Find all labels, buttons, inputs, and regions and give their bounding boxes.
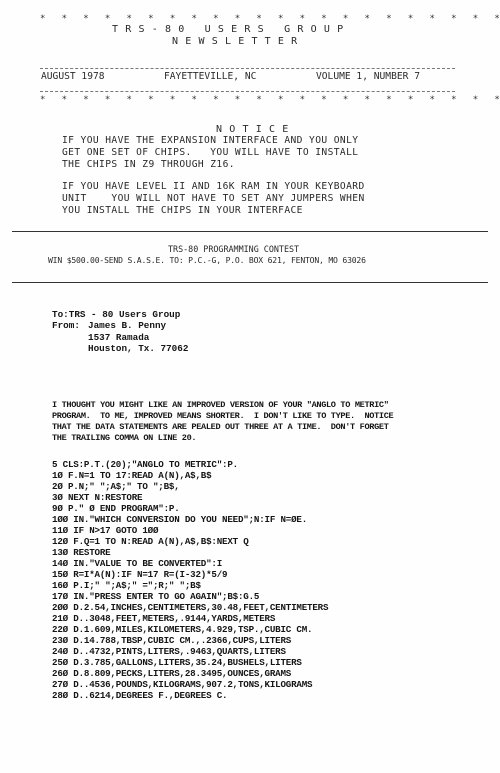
horizontal-rule	[12, 231, 488, 232]
letter-address-city: Houston, Tx. 77062	[88, 343, 188, 354]
horizontal-rule	[12, 282, 488, 283]
contest-details: WIN $500.00-SEND S.A.S.E. TO: P.C.-G, P.…	[48, 255, 366, 265]
issue-date: AUGUST 1978	[41, 71, 105, 82]
asterisk-border-bottom: * * * * * * * * * * * * * * * * * * * * …	[40, 95, 500, 105]
notice-line: THE CHIPS IN Z9 THROUGH Z16.	[62, 159, 235, 171]
notice-line: UNIT YOU WILL NOT HAVE TO SET ANY JUMPER…	[62, 193, 365, 205]
notice-line: IF YOU HAVE LEVEL II AND 16K RAM IN YOUR…	[62, 181, 365, 193]
code-line: 28Ø D..6214,DEGREES F.,DEGREES C.	[52, 691, 227, 702]
asterisk-border-top: * * * * * * * * * * * * * * * * * * * * …	[40, 14, 500, 24]
letter-from-label: From:	[52, 320, 80, 331]
issue-location: FAYETTEVILLE, NC	[164, 71, 256, 82]
notice-line: GET ONE SET OF CHIPS. YOU WILL HAVE TO I…	[62, 147, 358, 159]
letter-from-name: James B. Penny	[88, 320, 166, 331]
contest-title: TRS-80 PROGRAMMING CONTEST	[168, 244, 299, 254]
letter-body-line: PROGRAM. TO ME, IMPROVED MEANS SHORTER. …	[52, 411, 393, 421]
notice-heading: N O T I C E	[216, 124, 289, 135]
dashed-divider	[40, 91, 455, 92]
letter-to: To:TRS - 80 Users Group	[52, 309, 180, 320]
letter-body-line: THE TRAILING COMMA ON LINE 20.	[52, 433, 196, 443]
newsletter-subtitle: N E W S L E T T E R	[172, 36, 298, 47]
notice-line: IF YOU HAVE THE EXPANSION INTERFACE AND …	[62, 135, 358, 147]
dashed-divider	[40, 68, 455, 69]
letter-address-street: 1537 Ramada	[88, 332, 149, 343]
notice-line: YOU INSTALL THE CHIPS IN YOUR INTERFACE	[62, 205, 303, 217]
issue-volume: VOLUME 1, NUMBER 7	[316, 71, 420, 82]
newsletter-title: T R S - 8 0 U S E R S G R O U P	[112, 24, 344, 35]
letter-body-line: I THOUGHT YOU MIGHT LIKE AN IMPROVED VER…	[52, 400, 389, 410]
letter-body-line: THAT THE DATA STATEMENTS ARE PEALED OUT …	[52, 422, 389, 432]
